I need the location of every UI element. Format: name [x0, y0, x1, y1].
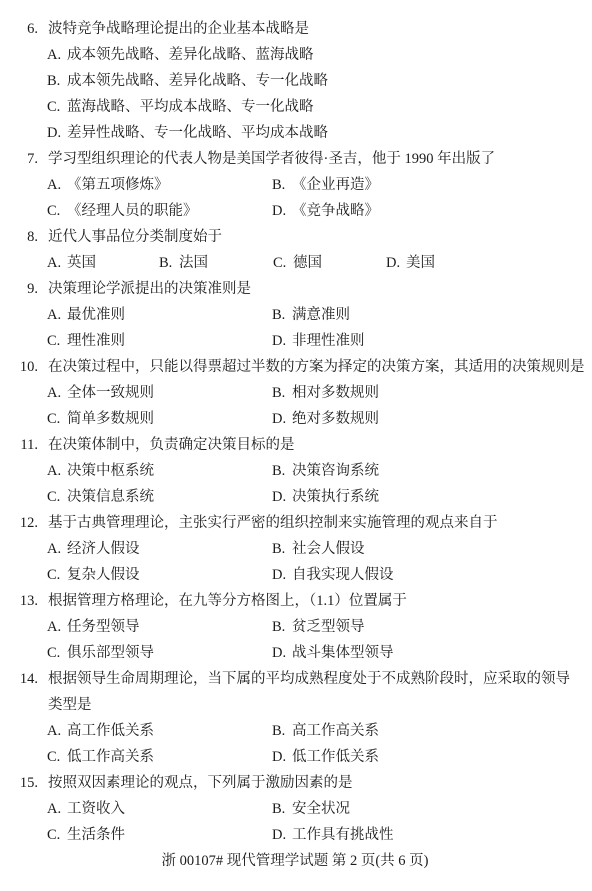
option-label: A.	[47, 458, 67, 484]
option-label: D.	[272, 562, 292, 588]
option-label: D.	[47, 120, 67, 146]
option-label: C.	[47, 484, 67, 510]
answer-option: C.决策信息系统	[47, 484, 154, 510]
answer-option: C.德国	[273, 250, 322, 276]
answer-option: A.高工作低关系	[47, 718, 154, 744]
option-label: B.	[272, 718, 292, 744]
answer-option: A.经济人假设	[47, 536, 140, 562]
question-text-line: 根据管理方格理论，在九等分方格图上，（1.1）位置属于	[48, 588, 590, 614]
question-text-line: 类型是	[48, 692, 590, 718]
option-label: B.	[272, 614, 292, 640]
answer-option: D.自我实现人假设	[272, 562, 394, 588]
option-label: B.	[272, 536, 292, 562]
question: 8.近代人事品位分类制度始于A.英国B.法国C.德国D.美国	[0, 224, 590, 276]
question-head: 6.波特竞争战略理论提出的企业基本战略是	[0, 16, 590, 42]
answer-option: A.决策中枢系统	[47, 458, 154, 484]
option-text: 社会人假设	[292, 541, 365, 557]
question-number: 9.	[0, 276, 38, 302]
answer-option: C.《经理人员的职能》	[47, 198, 198, 224]
option-text: 高工作低关系	[67, 723, 154, 739]
option-text: 高工作高关系	[292, 723, 379, 739]
question: 10.在决策过程中，只能以得票超过半数的方案为择定的决策方案，其适用的决策规则是…	[0, 354, 590, 432]
question: 13.根据管理方格理论，在九等分方格图上，（1.1）位置属于A.任务型领导B.贫…	[0, 588, 590, 666]
answer-option: B.社会人假设	[272, 536, 365, 562]
option-label: A.	[47, 614, 67, 640]
question-text-line: 近代人事品位分类制度始于	[48, 224, 590, 250]
answer-option: D.低工作低关系	[272, 744, 379, 770]
answer-option: A.全体一致规则	[47, 380, 154, 406]
option-label: A.	[47, 718, 67, 744]
option-label: C.	[47, 822, 67, 848]
question-text: 学习型组织理论的代表人物是美国学者彼得·圣吉，他于 1990 年出版了	[38, 146, 590, 172]
option-label: C.	[47, 328, 67, 354]
question-head: 14.根据领导生命周期理论，当下属的平均成熟程度处于不成熟阶段时，应采取的领导类…	[0, 666, 590, 718]
question-number: 15.	[0, 770, 38, 796]
answer-option: D.决策执行系统	[272, 484, 379, 510]
answer-option: D.工作具有挑战性	[272, 822, 394, 848]
option-text: 《竞争战略》	[292, 203, 379, 219]
option-group: A.高工作低关系B.高工作高关系C.低工作高关系D.低工作低关系	[47, 718, 590, 770]
question-number: 12.	[0, 510, 38, 536]
option-label: A.	[47, 536, 67, 562]
question-number: 13.	[0, 588, 38, 614]
answer-option: B.《企业再造》	[272, 172, 379, 198]
option-label: C.	[47, 562, 67, 588]
page-footer: 浙 00107# 现代管理学试题 第 2 页(共 6 页)	[0, 848, 590, 874]
question-text-line: 在决策体制中，负责确定决策目标的是	[48, 432, 590, 458]
question-head: 12.基于古典管理理论，主张实行严密的组织控制来实施管理的观点来自于	[0, 510, 590, 536]
option-group: A.经济人假设B.社会人假设C.复杂人假设D.自我实现人假设	[47, 536, 590, 588]
exam-page: 6.波特竞争战略理论提出的企业基本战略是A.成本领先战略、差异化战略、蓝海战略B…	[0, 0, 592, 891]
question-number: 6.	[0, 16, 38, 42]
question-text: 按照双因素理论的观点，下列属于激励因素的是	[38, 770, 590, 796]
option-text: 最优准则	[67, 307, 125, 323]
option-label: C.	[273, 250, 293, 276]
option-group: A.全体一致规则B.相对多数规则C.简单多数规则D.绝对多数规则	[47, 380, 590, 432]
question-head: 11.在决策体制中，负责确定决策目标的是	[0, 432, 590, 458]
answer-option: C.蓝海战略、平均成本战略、专一化战略	[47, 94, 590, 120]
option-label: C.	[47, 198, 67, 224]
option-label: B.	[272, 380, 292, 406]
option-text: 战斗集体型领导	[292, 645, 394, 661]
option-text: 决策信息系统	[67, 489, 154, 505]
option-text: 差异性战略、专一化战略、平均成本战略	[67, 125, 328, 141]
option-label: D.	[386, 250, 406, 276]
question-text-line: 波特竞争战略理论提出的企业基本战略是	[48, 16, 590, 42]
answer-option: C.复杂人假设	[47, 562, 140, 588]
option-text: 法国	[179, 255, 208, 271]
option-text: 绝对多数规则	[292, 411, 379, 427]
option-text: 全体一致规则	[67, 385, 154, 401]
question-list: 6.波特竞争战略理论提出的企业基本战略是A.成本领先战略、差异化战略、蓝海战略B…	[0, 16, 590, 848]
option-text: 《经理人员的职能》	[67, 203, 198, 219]
option-text: 成本领先战略、差异化战略、蓝海战略	[67, 47, 314, 63]
option-text: 非理性准则	[292, 333, 365, 349]
option-label: C.	[47, 406, 67, 432]
question-text: 根据管理方格理论，在九等分方格图上，（1.1）位置属于	[38, 588, 590, 614]
option-text: 复杂人假设	[67, 567, 140, 583]
option-label: C.	[47, 640, 67, 666]
answer-option: D.战斗集体型领导	[272, 640, 394, 666]
question-text: 基于古典管理理论，主张实行严密的组织控制来实施管理的观点来自于	[38, 510, 590, 536]
question-text: 近代人事品位分类制度始于	[38, 224, 590, 250]
option-text: 德国	[293, 255, 322, 271]
option-text: 自我实现人假设	[292, 567, 394, 583]
answer-option: B.安全状况	[272, 796, 350, 822]
question-text-line: 在决策过程中，只能以得票超过半数的方案为择定的决策方案，其适用的决策规则是	[48, 354, 590, 380]
option-label: A.	[47, 302, 67, 328]
option-text: 经济人假设	[67, 541, 140, 557]
option-text: 《企业再造》	[292, 177, 379, 193]
option-label: B.	[272, 302, 292, 328]
option-group: A.工资收入B.安全状况C.生活条件D.工作具有挑战性	[47, 796, 590, 848]
option-text: 成本领先战略、差异化战略、专一化战略	[67, 73, 328, 89]
option-label: B.	[159, 250, 179, 276]
question: 14.根据领导生命周期理论，当下属的平均成熟程度处于不成熟阶段时，应采取的领导类…	[0, 666, 590, 770]
answer-option: C.低工作高关系	[47, 744, 154, 770]
option-label: C.	[47, 94, 67, 120]
question-head: 10.在决策过程中，只能以得票超过半数的方案为择定的决策方案，其适用的决策规则是	[0, 354, 590, 380]
question-number: 10.	[0, 354, 38, 380]
question-head: 8.近代人事品位分类制度始于	[0, 224, 590, 250]
option-text: 决策执行系统	[292, 489, 379, 505]
option-text: 决策咨询系统	[292, 463, 379, 479]
option-group: A.《第五项修炼》B.《企业再造》C.《经理人员的职能》D.《竞争战略》	[47, 172, 590, 224]
option-group: A.决策中枢系统B.决策咨询系统C.决策信息系统D.决策执行系统	[47, 458, 590, 510]
question-text: 决策理论学派提出的决策准则是	[38, 276, 590, 302]
option-group: A.英国B.法国C.德国D.美国	[47, 250, 590, 276]
option-text: 任务型领导	[67, 619, 140, 635]
option-text: 理性准则	[67, 333, 125, 349]
question-number: 7.	[0, 146, 38, 172]
option-label: A.	[47, 172, 67, 198]
option-label: D.	[272, 406, 292, 432]
answer-option: D.美国	[386, 250, 435, 276]
question: 6.波特竞争战略理论提出的企业基本战略是A.成本领先战略、差异化战略、蓝海战略B…	[0, 16, 590, 146]
option-text: 美国	[406, 255, 435, 271]
answer-option: C.生活条件	[47, 822, 125, 848]
answer-option: B.决策咨询系统	[272, 458, 379, 484]
option-text: 生活条件	[67, 827, 125, 843]
question-number: 8.	[0, 224, 38, 250]
option-label: D.	[272, 484, 292, 510]
question-text: 在决策体制中，负责确定决策目标的是	[38, 432, 590, 458]
option-text: 英国	[67, 255, 96, 271]
option-label: A.	[47, 380, 67, 406]
option-label: A.	[47, 796, 67, 822]
option-label: B.	[47, 68, 67, 94]
answer-option: B.满意准则	[272, 302, 350, 328]
answer-option: D.差异性战略、专一化战略、平均成本战略	[47, 120, 590, 146]
option-text: 蓝海战略、平均成本战略、专一化战略	[67, 99, 314, 115]
question: 15.按照双因素理论的观点，下列属于激励因素的是A.工资收入B.安全状况C.生活…	[0, 770, 590, 848]
question-text-line: 根据领导生命周期理论，当下属的平均成熟程度处于不成熟阶段时，应采取的领导	[48, 666, 590, 692]
option-text: 工资收入	[67, 801, 125, 817]
answer-option: A.工资收入	[47, 796, 125, 822]
question-number: 11.	[0, 432, 38, 458]
question-head: 13.根据管理方格理论，在九等分方格图上，（1.1）位置属于	[0, 588, 590, 614]
question-text-line: 按照双因素理论的观点，下列属于激励因素的是	[48, 770, 590, 796]
answer-option: C.简单多数规则	[47, 406, 154, 432]
answer-option: D.《竞争战略》	[272, 198, 379, 224]
answer-option: C.俱乐部型领导	[47, 640, 154, 666]
option-text: 相对多数规则	[292, 385, 379, 401]
answer-option: A.最优准则	[47, 302, 125, 328]
answer-option: D.绝对多数规则	[272, 406, 379, 432]
option-text: 低工作低关系	[292, 749, 379, 765]
option-text: 决策中枢系统	[67, 463, 154, 479]
question: 9.决策理论学派提出的决策准则是A.最优准则B.满意准则C.理性准则D.非理性准…	[0, 276, 590, 354]
question-number: 14.	[0, 666, 38, 692]
option-label: B.	[272, 172, 292, 198]
answer-option: A.成本领先战略、差异化战略、蓝海战略	[47, 42, 590, 68]
option-label: B.	[272, 458, 292, 484]
answer-option: B.贫乏型领导	[272, 614, 365, 640]
answer-option: A.《第五项修炼》	[47, 172, 169, 198]
question-text: 根据领导生命周期理论，当下属的平均成熟程度处于不成熟阶段时，应采取的领导类型是	[38, 666, 590, 718]
option-label: D.	[272, 822, 292, 848]
answer-option: C.理性准则	[47, 328, 125, 354]
option-text: 安全状况	[292, 801, 350, 817]
answer-option: A.任务型领导	[47, 614, 140, 640]
question-text-line: 决策理论学派提出的决策准则是	[48, 276, 590, 302]
answer-option: B.法国	[159, 250, 208, 276]
question-text-line: 学习型组织理论的代表人物是美国学者彼得·圣吉，他于 1990 年出版了	[48, 146, 590, 172]
question: 12.基于古典管理理论，主张实行严密的组织控制来实施管理的观点来自于A.经济人假…	[0, 510, 590, 588]
option-group: A.任务型领导B.贫乏型领导C.俱乐部型领导D.战斗集体型领导	[47, 614, 590, 666]
option-label: B.	[272, 796, 292, 822]
option-label: A.	[47, 42, 67, 68]
answer-option: D.非理性准则	[272, 328, 365, 354]
question: 7.学习型组织理论的代表人物是美国学者彼得·圣吉，他于 1990 年出版了A.《…	[0, 146, 590, 224]
option-label: D.	[272, 744, 292, 770]
option-label: D.	[272, 640, 292, 666]
question-head: 9.决策理论学派提出的决策准则是	[0, 276, 590, 302]
option-text: 简单多数规则	[67, 411, 154, 427]
answer-option: B.成本领先战略、差异化战略、专一化战略	[47, 68, 590, 94]
option-text: 贫乏型领导	[292, 619, 365, 635]
answer-option: A.英国	[47, 250, 96, 276]
question-text: 波特竞争战略理论提出的企业基本战略是	[38, 16, 590, 42]
question-text-line: 基于古典管理理论，主张实行严密的组织控制来实施管理的观点来自于	[48, 510, 590, 536]
option-group: A.成本领先战略、差异化战略、蓝海战略B.成本领先战略、差异化战略、专一化战略C…	[47, 42, 590, 146]
option-text: 低工作高关系	[67, 749, 154, 765]
question-text: 在决策过程中，只能以得票超过半数的方案为择定的决策方案，其适用的决策规则是	[38, 354, 590, 380]
question-head: 15.按照双因素理论的观点，下列属于激励因素的是	[0, 770, 590, 796]
option-label: C.	[47, 744, 67, 770]
option-text: 俱乐部型领导	[67, 645, 154, 661]
option-group: A.最优准则B.满意准则C.理性准则D.非理性准则	[47, 302, 590, 354]
question: 11.在决策体制中，负责确定决策目标的是A.决策中枢系统B.决策咨询系统C.决策…	[0, 432, 590, 510]
option-label: D.	[272, 328, 292, 354]
option-text: 《第五项修炼》	[67, 177, 169, 193]
option-text: 满意准则	[292, 307, 350, 323]
option-label: D.	[272, 198, 292, 224]
answer-option: B.高工作高关系	[272, 718, 379, 744]
question-head: 7.学习型组织理论的代表人物是美国学者彼得·圣吉，他于 1990 年出版了	[0, 146, 590, 172]
answer-option: B.相对多数规则	[272, 380, 379, 406]
option-text: 工作具有挑战性	[292, 827, 394, 843]
option-label: A.	[47, 250, 67, 276]
